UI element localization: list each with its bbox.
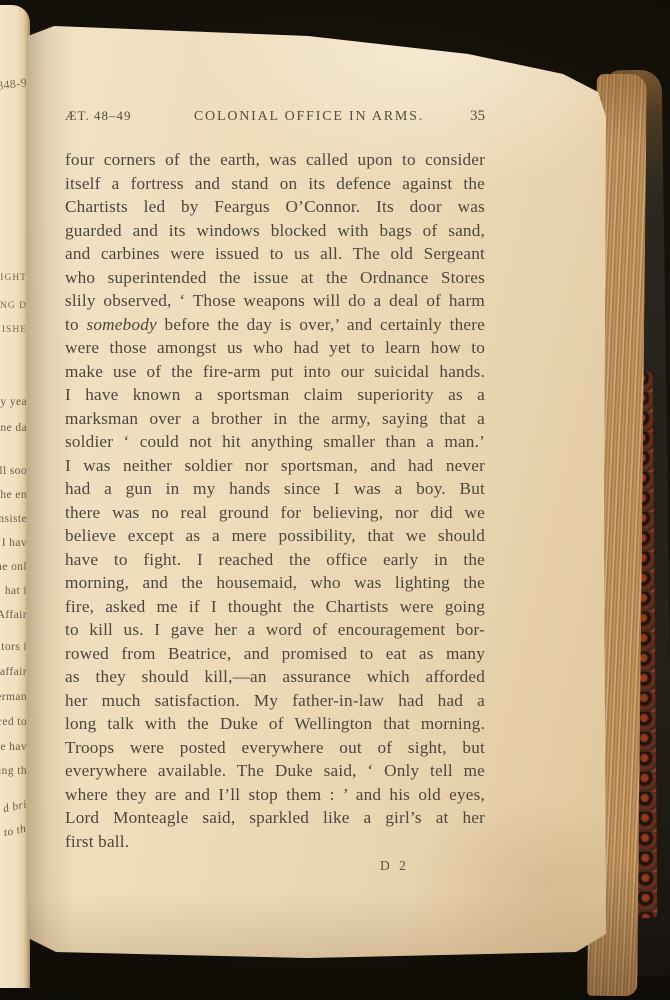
signature-mark: D 2: [380, 858, 409, 874]
body-text-line: four corners of the earth, was called up…: [65, 148, 485, 172]
body-text-line: guarded and its windows blocked with bag…: [65, 219, 485, 243]
body-text-line: first ball.: [65, 830, 485, 854]
body-text-line: Chartists led by Feargus O’Connor. Its d…: [65, 195, 485, 219]
page-number: 35: [445, 108, 485, 125]
left-page-text-fragment: itors i: [0, 641, 27, 653]
age-range-label: ÆT. 48–49: [65, 108, 173, 124]
left-page-text-fragment: ill soo: [0, 465, 27, 477]
body-text-line: everywhere available. The Duke said, ‘ O…: [65, 759, 485, 783]
body-text-line: believe except as a mere possibility, th…: [65, 524, 485, 548]
body-text-line: rowed from Beatrice, and promised to eat…: [65, 642, 485, 666]
body-text-line: make use of the fire-arm put into our su…: [65, 360, 485, 384]
body-text: four corners of the earth, was called up…: [65, 148, 485, 853]
body-text-line: had a gun in my hands since I was a boy.…: [65, 477, 485, 501]
body-text-line: Troops were posted everywhere out of sig…: [65, 736, 485, 760]
body-text-line: itself a fortress and stand on its defen…: [65, 172, 485, 196]
left-page-text-fragment: y to th: [0, 823, 28, 841]
body-text-line: and carbines were issued to us all. The …: [65, 242, 485, 266]
left-page-text-fragment: he en: [0, 489, 27, 501]
body-text-line: to kill us. I gave her a word of encoura…: [65, 618, 485, 642]
body-text-line: to somebody before the day is over,’ and…: [65, 313, 485, 337]
body-text-line: were those amongst us who had yet to lea…: [65, 336, 485, 360]
left-page-text-fragment: ring th: [0, 765, 27, 777]
body-text-line: long talk with the Duke of Wellington th…: [65, 712, 485, 736]
left-page-text-fragment: y yea: [0, 396, 27, 408]
book-photograph: 848-9—FIGHTRONG DINISHEy yeane daill soo…: [0, 0, 670, 1000]
left-page-text-fragment: hat i: [5, 585, 27, 597]
left-page-text-fragment: nsiste: [0, 513, 27, 525]
left-page-text-fragment: ne da: [0, 422, 27, 434]
left-page-text-fragment: d bri: [2, 799, 28, 816]
left-page-text-fragment: ne onl: [0, 561, 27, 573]
page-header: ÆT. 48–49 COLONIAL OFFICE IN ARMS. 35: [65, 108, 485, 125]
body-text-line: where they are and I’ll stop them : ’ an…: [65, 783, 485, 807]
body-text-line: there was no real ground for believing, …: [65, 501, 485, 525]
left-page-text-fragment: red to: [0, 716, 27, 728]
body-text-line: fire, asked me if I thought the Chartist…: [65, 595, 485, 619]
left-page-text-fragment: Affair: [0, 609, 27, 621]
left-page-text-fragment: 848-9: [0, 76, 28, 92]
body-text-line: I have known a sportsman claim superiori…: [65, 383, 485, 407]
left-page-text-fragment: —FIGHT: [0, 272, 27, 284]
left-page-text-fragment: German: [0, 691, 27, 703]
body-text-line: who superintended the issue at the Ordna…: [65, 266, 485, 290]
body-text-line: marksman over a brother in the army, say…: [65, 407, 485, 431]
left-page-text-fragment: INISHE: [0, 324, 27, 336]
left-page-text-fragment: I hav: [2, 537, 27, 549]
body-text-line: her much satisfaction. My father-in-law …: [65, 689, 485, 713]
body-text-line: have to fight. I reached the office earl…: [65, 548, 485, 572]
left-page-text-fragment: we hav: [0, 741, 27, 753]
body-text-line: morning, and the housemaid, who was ligh…: [65, 571, 485, 595]
book-page: ÆT. 48–49 COLONIAL OFFICE IN ARMS. 35 fo…: [28, 22, 606, 958]
facing-page-sliver: 848-9—FIGHTRONG DINISHEy yeane daill soo…: [0, 5, 30, 988]
body-text-line: soldier ‘ could not hit anything smaller…: [65, 430, 485, 454]
body-text-line: I was neither soldier nor sportsman, and…: [65, 454, 485, 478]
body-text-line: as they should kill,—an assurance which …: [65, 665, 485, 689]
body-text-line: Lord Monteagle said, sparkled like a gir…: [65, 806, 485, 830]
running-title: COLONIAL OFFICE IN ARMS.: [173, 109, 445, 125]
left-page-text-fragment: e affair: [0, 666, 27, 678]
left-page-text-fragment: RONG D: [0, 300, 27, 312]
body-text-line: slily observed, ‘ Those weapons will do …: [65, 289, 485, 313]
